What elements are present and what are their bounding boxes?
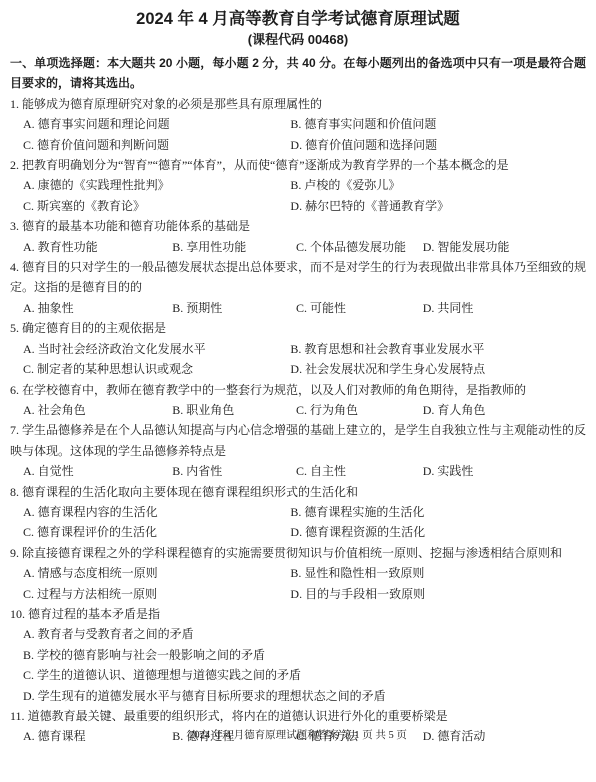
question-stem: 11. 道德教育最关键、最重要的组织形式，将内在的道德认识进行外化的重要桥梁是 [10, 706, 586, 726]
option-c: C. 斯宾塞的《教育论》 [23, 196, 290, 216]
question-stem: 7. 学生品德修养是在个人品德认知提高与内心信念增强的基础上建立的，是学生自我独… [10, 420, 586, 461]
question: 2. 把教育明确划分为“智育”“德育”“体育”，从而使“德育”逐渐成为教育学界的… [10, 155, 586, 216]
option-a: A. 康德的《实践理性批判》 [23, 175, 290, 195]
option-d: D. 德育课程资源的生活化 [290, 522, 586, 542]
question-text: 德育目的只对学生的一般品德发展状态提出总体要求，而不是对学生的行为表现做出非常具… [10, 260, 586, 294]
option-c: C. 德育价值问题和判断问题 [23, 135, 290, 155]
question-number: 3. [10, 219, 19, 233]
section-heading: 一、单项选择题：本大题共 20 小题，每小题 2 分，共 40 分。在每小题列出… [10, 53, 586, 94]
question-number: 4. [10, 260, 19, 274]
option-a: A. 教育者与受教育者之间的矛盾 [23, 624, 586, 644]
question: 4. 德育目的只对学生的一般品德发展状态提出总体要求，而不是对学生的行为表现做出… [10, 257, 586, 318]
option-row: A. 教育者与受教育者之间的矛盾B. 学校的德育影响与社会一般影响之间的矛盾C.… [10, 624, 586, 706]
option-b: B. 享用性功能 [172, 237, 296, 257]
question-number: 5. [10, 321, 19, 335]
option-b: B. 预期性 [172, 298, 296, 318]
question-text: 德育的最基本功能和德育功能体系的基础是 [22, 219, 250, 233]
question-text: 道德教育最关键、最重要的组织形式，将内在的道德认识进行外化的重要桥梁是 [28, 709, 448, 723]
option-a: A. 教育性功能 [23, 237, 172, 257]
question-number: 6. [10, 383, 19, 397]
option-d: D. 实践性 [423, 461, 586, 481]
question-list: 1. 能够成为德育原理研究对象的必须是那些具有原理属性的A. 德育事实问题和理论… [10, 94, 586, 747]
question: 6. 在学校德育中，教师在德育教学中的一整套行为规范，以及人们对教师的角色期待，… [10, 380, 586, 421]
page-footer: 2024 年 4 月德育原理试题和答案 第 1 页 共 5 页 [0, 728, 596, 744]
option-d: D. 共同性 [423, 298, 586, 318]
question-text: 德育过程的基本矛盾是指 [28, 607, 160, 621]
option-b: B. 德育事实问题和价值问题 [290, 114, 586, 134]
question-stem: 8. 德育课程的生活化取向主要体现在德育课程组织形式的生活化和 [10, 482, 586, 502]
option-row: A. 德育课程内容的生活化B. 德育课程实施的生活化C. 德育课程评价的生活化D… [10, 502, 586, 543]
option-row: A. 情感与态度相统一原则B. 显性和隐性相一致原则C. 过程与方法相统一原则D… [10, 563, 586, 604]
question-number: 10. [10, 607, 25, 621]
option-row: A. 社会角色B. 职业角色C. 行为角色D. 育人角色 [10, 400, 586, 420]
option-c: C. 过程与方法相统一原则 [23, 584, 290, 604]
question-text: 德育课程的生活化取向主要体现在德育课程组织形式的生活化和 [22, 485, 358, 499]
question-text: 确定德育目的的主观依据是 [22, 321, 166, 335]
question-stem: 3. 德育的最基本功能和德育功能体系的基础是 [10, 216, 586, 236]
question-text: 能够成为德育原理研究对象的必须是那些具有原理属性的 [22, 97, 322, 111]
option-d: D. 德育价值问题和选择问题 [290, 135, 586, 155]
option-a: A. 德育事实问题和理论问题 [23, 114, 290, 134]
option-d: D. 赫尔巴特的《普通教育学》 [290, 196, 586, 216]
option-row: A. 康德的《实践理性批判》B. 卢梭的《爱弥儿》C. 斯宾塞的《教育论》D. … [10, 175, 586, 216]
option-d: D. 社会发展状况和学生身心发展特点 [290, 359, 586, 379]
option-d: D. 目的与手段相一致原则 [290, 584, 586, 604]
option-a: A. 情感与态度相统一原则 [23, 563, 290, 583]
option-row: A. 抽象性B. 预期性C. 可能性D. 共同性 [10, 298, 586, 318]
question-stem: 2. 把教育明确划分为“智育”“德育”“体育”，从而使“德育”逐渐成为教育学界的… [10, 155, 586, 175]
question-number: 7. [10, 423, 19, 437]
page-title: 2024 年 4 月高等教育自学考试德育原理试题 [10, 8, 586, 30]
option-c: C. 自主性 [296, 461, 423, 481]
option-c: C. 制定者的某种思想认识或观念 [23, 359, 290, 379]
option-a: A. 自觉性 [23, 461, 172, 481]
question-number: 8. [10, 485, 19, 499]
option-row: A. 德育事实问题和理论问题B. 德育事实问题和价值问题C. 德育价值问题和判断… [10, 114, 586, 155]
question-stem: 6. 在学校德育中，教师在德育教学中的一整套行为规范，以及人们对教师的角色期待，… [10, 380, 586, 400]
question: 9. 除直接德育课程之外的学科课程德育的实施需要贯彻知识与价值相统一原则、挖掘与… [10, 543, 586, 604]
option-b: B. 德育课程实施的生活化 [290, 502, 586, 522]
question-number: 2. [10, 158, 19, 172]
question: 7. 学生品德修养是在个人品德认知提高与内心信念增强的基础上建立的，是学生自我独… [10, 420, 586, 481]
option-d: D. 学生现有的道德发展水平与德育目标所要求的理想状态之间的矛盾 [23, 686, 586, 706]
option-b: B. 学校的德育影响与社会一般影响之间的矛盾 [23, 645, 586, 665]
question: 10. 德育过程的基本矛盾是指A. 教育者与受教育者之间的矛盾B. 学校的德育影… [10, 604, 586, 706]
question-stem: 5. 确定德育目的的主观依据是 [10, 318, 586, 338]
question-number: 9. [10, 546, 19, 560]
option-b: B. 显性和隐性相一致原则 [290, 563, 586, 583]
question-text: 除直接德育课程之外的学科课程德育的实施需要贯彻知识与价值相统一原则、挖掘与渗透相… [22, 546, 562, 560]
question-text: 学生品德修养是在个人品德认知提高与内心信念增强的基础上建立的，是学生自我独立性与… [10, 423, 586, 457]
option-c: C. 可能性 [296, 298, 423, 318]
option-a: A. 社会角色 [23, 400, 172, 420]
question: 3. 德育的最基本功能和德育功能体系的基础是A. 教育性功能B. 享用性功能C.… [10, 216, 586, 257]
question-number: 1. [10, 97, 19, 111]
question-text: 在学校德育中，教师在德育教学中的一整套行为规范，以及人们对教师的角色期待，是指教… [22, 383, 526, 397]
question: 1. 能够成为德育原理研究对象的必须是那些具有原理属性的A. 德育事实问题和理论… [10, 94, 586, 155]
question-stem: 4. 德育目的只对学生的一般品德发展状态提出总体要求，而不是对学生的行为表现做出… [10, 257, 586, 298]
option-b: B. 内省性 [172, 461, 296, 481]
question: 5. 确定德育目的的主观依据是A. 当时社会经济政治文化发展水平B. 教育思想和… [10, 318, 586, 379]
option-row: A. 教育性功能B. 享用性功能C. 个体品德发展功能D. 智能发展功能 [10, 237, 586, 257]
question-number: 11. [10, 709, 25, 723]
option-c: C. 德育课程评价的生活化 [23, 522, 290, 542]
exam-page: 2024 年 4 月高等教育自学考试德育原理试题 (课程代码 00468) 一、… [0, 0, 596, 782]
option-a: A. 当时社会经济政治文化发展水平 [23, 339, 290, 359]
option-b: B. 教育思想和社会教育事业发展水平 [290, 339, 586, 359]
question-text: 把教育明确划分为“智育”“德育”“体育”，从而使“德育”逐渐成为教育学界的一个基… [22, 158, 509, 172]
option-row: A. 当时社会经济政治文化发展水平B. 教育思想和社会教育事业发展水平C. 制定… [10, 339, 586, 380]
option-d: D. 育人角色 [423, 400, 586, 420]
option-row: A. 自觉性B. 内省性C. 自主性D. 实践性 [10, 461, 586, 481]
option-a: A. 德育课程内容的生活化 [23, 502, 290, 522]
option-d: D. 智能发展功能 [423, 237, 586, 257]
question-stem: 10. 德育过程的基本矛盾是指 [10, 604, 586, 624]
option-c: C. 学生的道德认识、道德理想与道德实践之间的矛盾 [23, 665, 586, 685]
option-c: C. 个体品德发展功能 [296, 237, 423, 257]
option-a: A. 抽象性 [23, 298, 172, 318]
course-code: (课程代码 00468) [10, 31, 586, 49]
option-b: B. 卢梭的《爱弥儿》 [290, 175, 586, 195]
option-c: C. 行为角色 [296, 400, 423, 420]
option-b: B. 职业角色 [172, 400, 296, 420]
question-stem: 1. 能够成为德育原理研究对象的必须是那些具有原理属性的 [10, 94, 586, 114]
question: 8. 德育课程的生活化取向主要体现在德育课程组织形式的生活化和A. 德育课程内容… [10, 482, 586, 543]
question-stem: 9. 除直接德育课程之外的学科课程德育的实施需要贯彻知识与价值相统一原则、挖掘与… [10, 543, 586, 563]
